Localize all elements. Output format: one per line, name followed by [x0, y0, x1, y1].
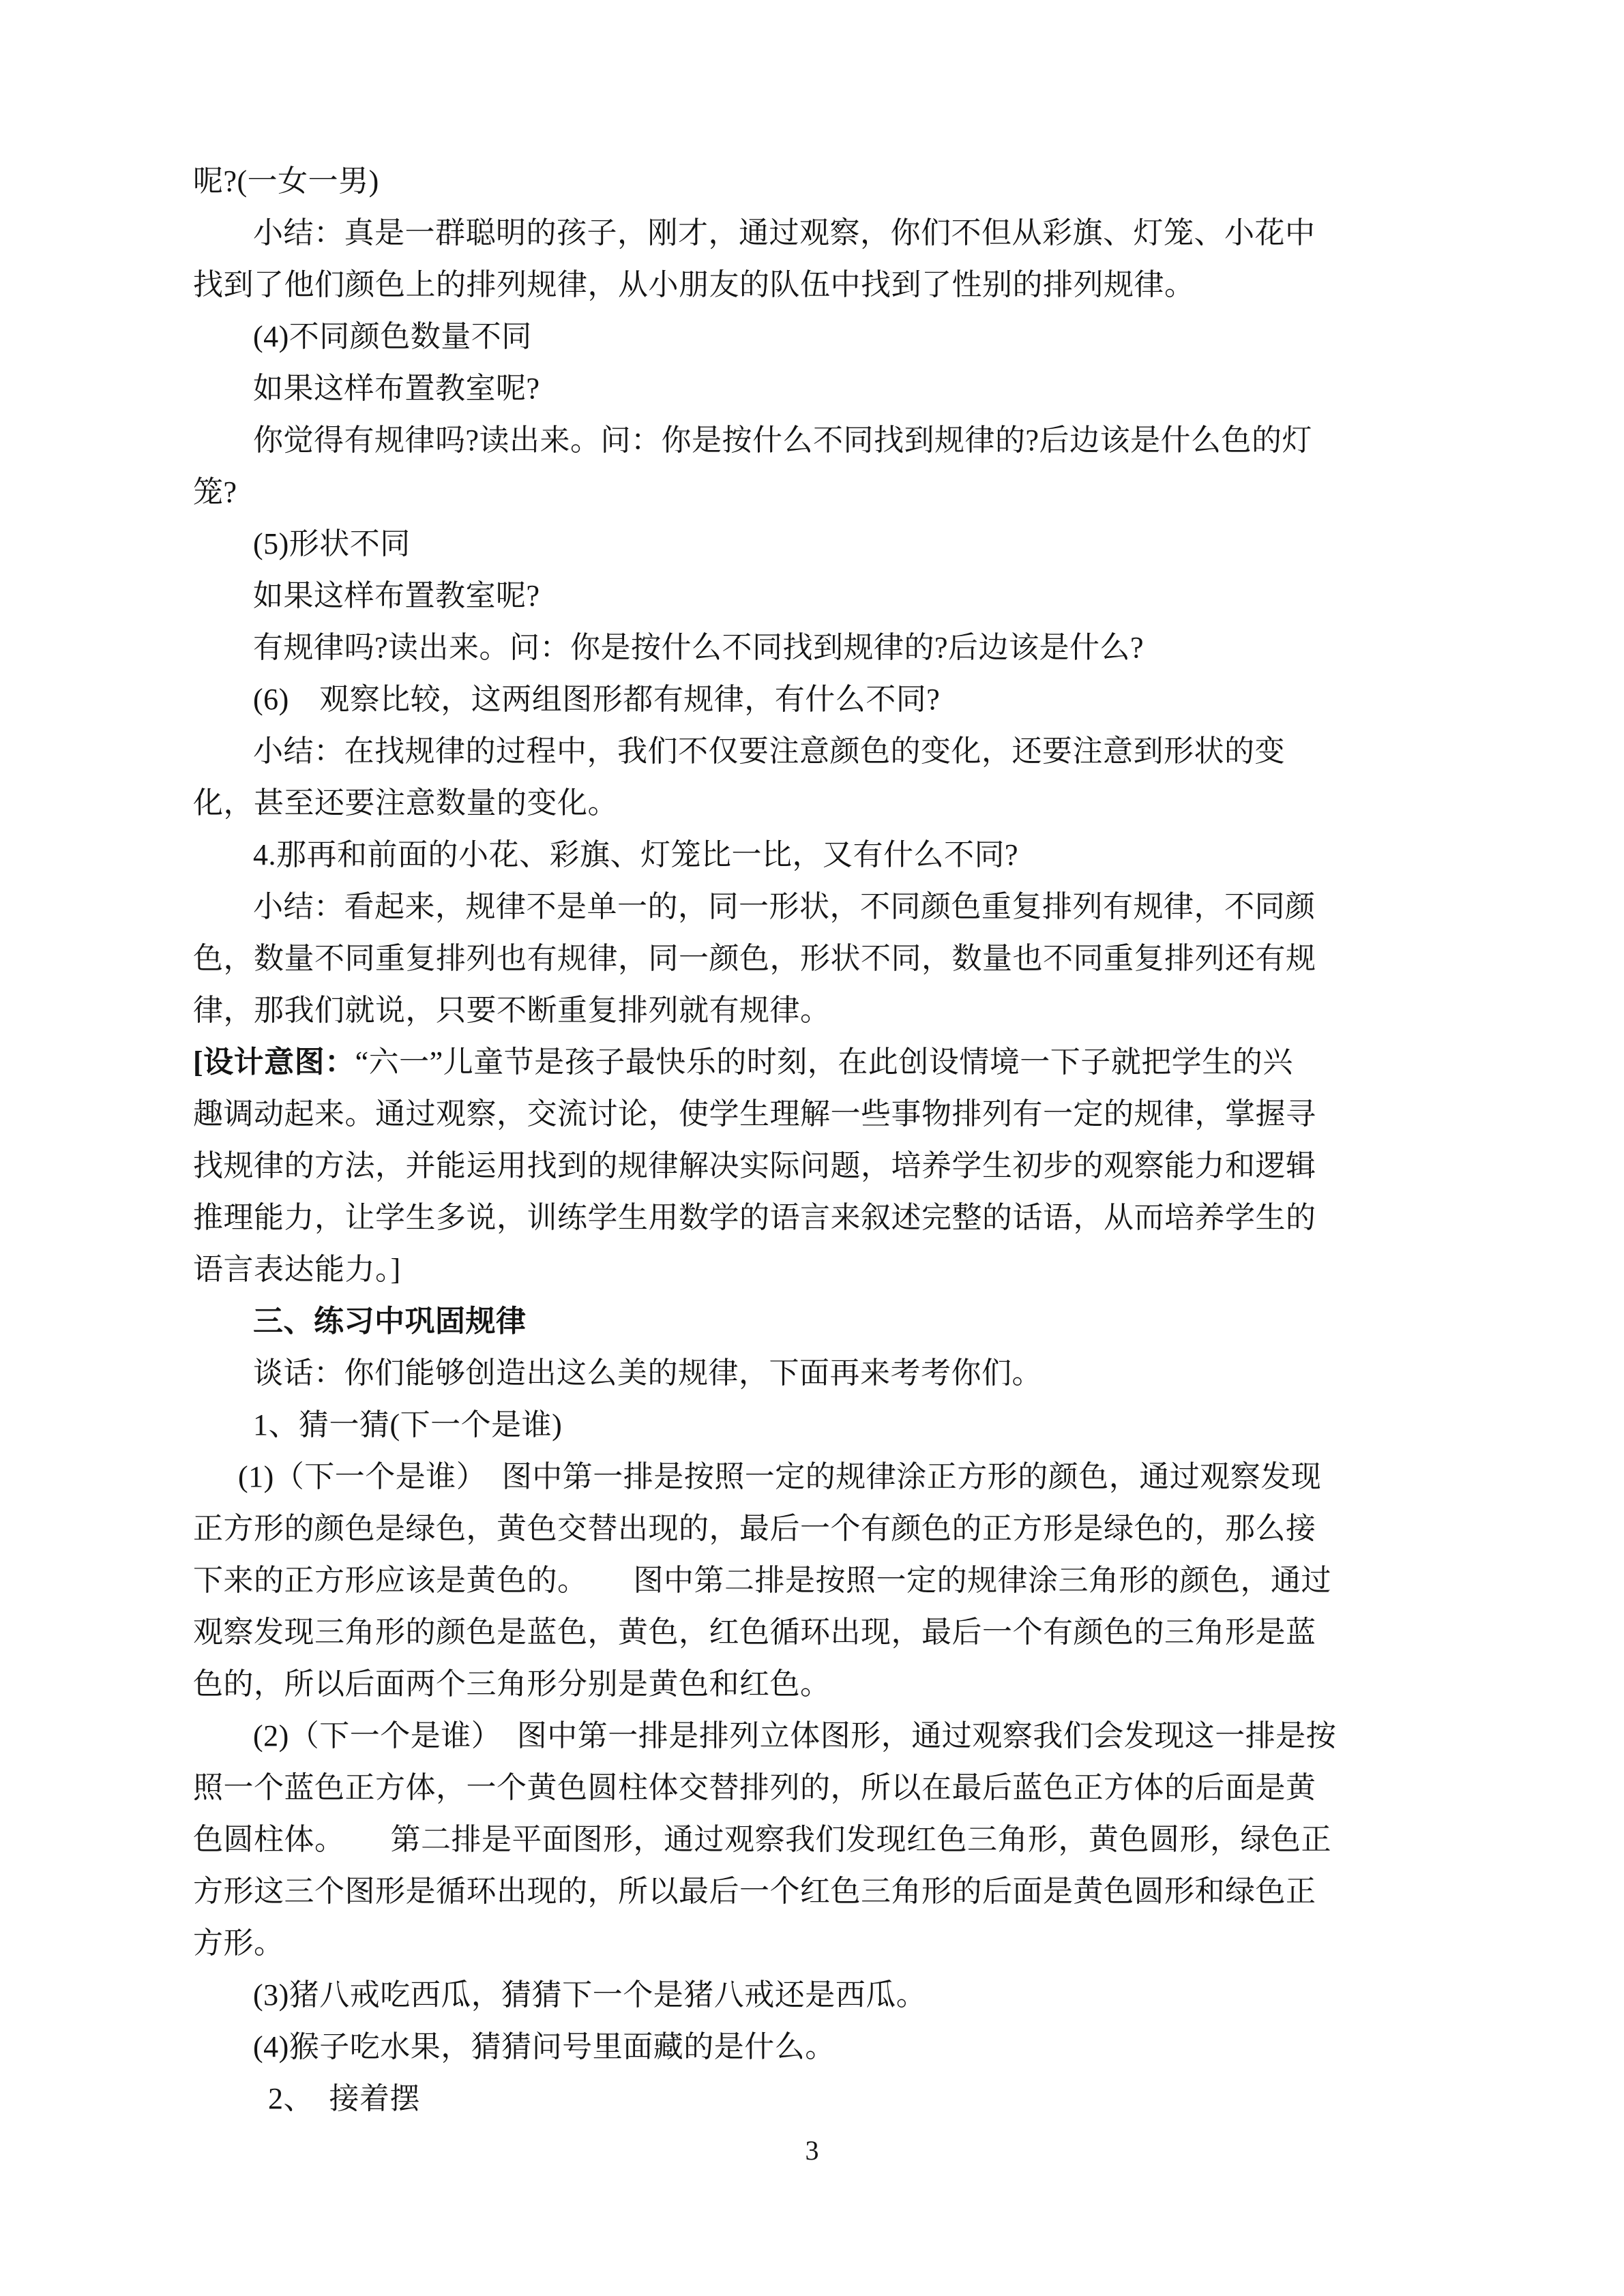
- text-run: 下来的正方形应该是黄色的。 图中第二排是按照一定的规律涂三角形的颜色，通过: [193, 1564, 1331, 1597]
- text-line: 下来的正方形应该是黄色的。 图中第二排是按照一定的规律涂三角形的颜色，通过: [193, 1555, 1421, 1607]
- design-intent-label: [设计意图：: [193, 1045, 355, 1079]
- text-run: 律，那我们就说，只要不断重复排列就有规律。: [193, 994, 831, 1027]
- text-run: 呢?(一女一男): [193, 164, 379, 198]
- text-line: 找到了他们颜色上的排列规律，从小朋友的队伍中找到了性别的排列规律。: [193, 259, 1421, 311]
- text-line: 如果这样布置教室呢?: [193, 363, 1421, 415]
- text-run: (3)猪八戒吃西瓜，猜猜下一个是猪八戒还是西瓜。: [253, 1978, 926, 2012]
- text-line: 正方形的颜色是绿色，黄色交替出现的，最后一个有颜色的正方形是绿色的，那么接: [193, 1503, 1421, 1555]
- text-line: 律，那我们就说，只要不断重复排列就有规律。: [193, 985, 1421, 1037]
- text-run: 谈话：你们能够创造出这么美的规律，下面再来考考你们。: [253, 1356, 1042, 1390]
- text-run: 色的，所以后面两个三角形分别是黄色和红色。: [193, 1667, 831, 1701]
- text-line: (2)（下一个是谁） 图中第一排是排列立体图形，通过观察我们会发现这一排是按: [193, 1710, 1421, 1762]
- text-run: (4)猴子吃水果，猜猜问号里面藏的是什么。: [253, 2030, 836, 2063]
- text-line: 色圆柱体。 第二排是平面图形，通过观察我们发现红色三角形，黄色圆形，绿色正: [193, 1814, 1421, 1866]
- text-run: (1)（下一个是谁） 图中第一排是按照一定的规律涂正方形的颜色，通过观察发现: [238, 1460, 1321, 1493]
- text-run: 三、练习中巩固规律: [253, 1304, 527, 1338]
- section-heading: 三、练习中巩固规律: [193, 1296, 1421, 1347]
- text-line: 笼?: [193, 466, 1421, 518]
- text-line: 谈话：你们能够创造出这么美的规律，下面再来考考你们。: [193, 1347, 1421, 1399]
- text-run: 4.那再和前面的小花、彩旗、灯笼比一比，又有什么不同?: [253, 838, 1018, 871]
- text-run: 照一个蓝色正方体，一个黄色圆柱体交替排列的，所以在最后蓝色正方体的后面是黄: [193, 1771, 1316, 1804]
- text-run: 如果这样布置教室呢?: [253, 579, 540, 612]
- text-line: (1)（下一个是谁） 图中第一排是按照一定的规律涂正方形的颜色，通过观察发现: [193, 1451, 1421, 1503]
- text-run: (4)不同颜色数量不同: [253, 320, 532, 353]
- text-line: 如果这样布置教室呢?: [193, 570, 1421, 622]
- text-line: 趣调动起来。通过观察，交流讨论，使学生理解一些事物排列有一定的规律，掌握寻: [193, 1088, 1421, 1140]
- text-line: 色，数量不同重复排列也有规律，同一颜色，形状不同，数量也不同重复排列还有规: [193, 933, 1421, 985]
- text-run: 小结：真是一群聪明的孩子，刚才，通过观察，你们不但从彩旗、灯笼、小花中: [253, 216, 1316, 250]
- text-run: 观察发现三角形的颜色是蓝色，黄色，红色循环出现，最后一个有颜色的三角形是蓝: [193, 1615, 1316, 1649]
- page-footer: 3: [0, 2130, 1624, 2171]
- text-line: 化，甚至还要注意数量的变化。: [193, 777, 1421, 829]
- text-run: 2、 接着摆: [268, 2082, 420, 2115]
- text-line: 4.那再和前面的小花、彩旗、灯笼比一比，又有什么不同?: [193, 829, 1421, 881]
- text-run: 你觉得有规律吗?读出来。问：你是按什么不同找到规律的?后边该是什么色的灯: [253, 423, 1312, 457]
- text-line: [设计意图：“六一”儿童节是孩子最快乐的时刻，在此创设情境一下子就把学生的兴: [193, 1037, 1421, 1088]
- text-run: (5)形状不同: [253, 527, 411, 561]
- text-line: 有规律吗?读出来。问：你是按什么不同找到规律的?后边该是什么?: [193, 622, 1421, 674]
- text-line: 小结：在找规律的过程中，我们不仅要注意颜色的变化，还要注意到形状的变: [193, 726, 1421, 777]
- text-run: 如果这样布置教室呢?: [253, 372, 540, 405]
- text-line: (5)形状不同: [193, 518, 1421, 570]
- text-run: (6) 观察比较，这两组图形都有规律，有什么不同?: [253, 683, 940, 716]
- text-run: 有规律吗?读出来。问：你是按什么不同找到规律的?后边该是什么?: [253, 631, 1144, 664]
- text-line: 方形。: [193, 1918, 1421, 1969]
- text-line: 呢?(一女一男): [193, 155, 1421, 207]
- text-line: 色的，所以后面两个三角形分别是黄色和红色。: [193, 1658, 1421, 1710]
- text-line: (6) 观察比较，这两组图形都有规律，有什么不同?: [193, 674, 1421, 726]
- document-body: 呢?(一女一男)小结：真是一群聪明的孩子，刚才，通过观察，你们不但从彩旗、灯笼、…: [193, 155, 1421, 2125]
- text-line: 推理能力，让学生多说，训练学生用数学的语言来叙述完整的话语，从而培养学生的: [193, 1192, 1421, 1244]
- text-line: 你觉得有规律吗?读出来。问：你是按什么不同找到规律的?后边该是什么色的灯: [193, 415, 1421, 466]
- text-run: 色圆柱体。 第二排是平面图形，通过观察我们发现红色三角形，黄色圆形，绿色正: [193, 1823, 1331, 1856]
- text-line: 1、猜一猜(下一个是谁): [193, 1399, 1421, 1451]
- text-line: 语言表达能力。]: [193, 1244, 1421, 1296]
- text-run: “六一”儿童节是孩子最快乐的时刻，在此创设情境一下子就把学生的兴: [355, 1045, 1293, 1079]
- page-number: 3: [806, 2135, 819, 2166]
- text-run: 推理能力，让学生多说，训练学生用数学的语言来叙述完整的话语，从而培养学生的: [193, 1201, 1316, 1234]
- text-line: 2、 接着摆: [193, 2073, 1421, 2125]
- text-line: 方形这三个图形是循环出现的，所以最后一个红色三角形的后面是黄色圆形和绿色正: [193, 1866, 1421, 1918]
- text-run: 化，甚至还要注意数量的变化。: [193, 786, 618, 820]
- text-line: 找规律的方法，并能运用找到的规律解决实际问题，培养学生初步的观察能力和逻辑: [193, 1140, 1421, 1192]
- text-line: 小结：真是一群聪明的孩子，刚才，通过观察，你们不但从彩旗、灯笼、小花中: [193, 207, 1421, 259]
- text-line: (4)猴子吃水果，猜猜问号里面藏的是什么。: [193, 2021, 1421, 2073]
- text-run: 方形这三个图形是循环出现的，所以最后一个红色三角形的后面是黄色圆形和绿色正: [193, 1875, 1316, 1908]
- text-run: 正方形的颜色是绿色，黄色交替出现的，最后一个有颜色的正方形是绿色的，那么接: [193, 1512, 1316, 1545]
- text-run: 找到了他们颜色上的排列规律，从小朋友的队伍中找到了性别的排列规律。: [193, 268, 1195, 301]
- text-run: 色，数量不同重复排列也有规律，同一颜色，形状不同，数量也不同重复排列还有规: [193, 942, 1316, 975]
- text-line: 小结：看起来，规律不是单一的，同一形状，不同颜色重复排列有规律，不同颜: [193, 881, 1421, 933]
- text-line: (4)不同颜色数量不同: [193, 311, 1421, 363]
- text-line: 照一个蓝色正方体，一个黄色圆柱体交替排列的，所以在最后蓝色正方体的后面是黄: [193, 1762, 1421, 1814]
- text-run: 笼?: [193, 475, 237, 509]
- text-run: 1、猜一猜(下一个是谁): [253, 1408, 562, 1442]
- text-run: 方形。: [193, 1926, 284, 1960]
- text-line: (3)猪八戒吃西瓜，猜猜下一个是猪八戒还是西瓜。: [193, 1969, 1421, 2021]
- text-run: 小结：看起来，规律不是单一的，同一形状，不同颜色重复排列有规律，不同颜: [253, 890, 1316, 923]
- text-line: 观察发现三角形的颜色是蓝色，黄色，红色循环出现，最后一个有颜色的三角形是蓝: [193, 1607, 1421, 1658]
- document-page: 呢?(一女一男)小结：真是一群聪明的孩子，刚才，通过观察，你们不但从彩旗、灯笼、…: [0, 0, 1624, 2296]
- text-run: 找规律的方法，并能运用找到的规律解决实际问题，培养学生初步的观察能力和逻辑: [193, 1149, 1316, 1182]
- text-run: 语言表达能力。]: [193, 1253, 401, 1286]
- text-run: 趣调动起来。通过观察，交流讨论，使学生理解一些事物排列有一定的规律，掌握寻: [193, 1097, 1316, 1131]
- text-run: (2)（下一个是谁） 图中第一排是排列立体图形，通过观察我们会发现这一排是按: [253, 1719, 1336, 1753]
- text-run: 小结：在找规律的过程中，我们不仅要注意颜色的变化，还要注意到形状的变: [253, 734, 1285, 768]
